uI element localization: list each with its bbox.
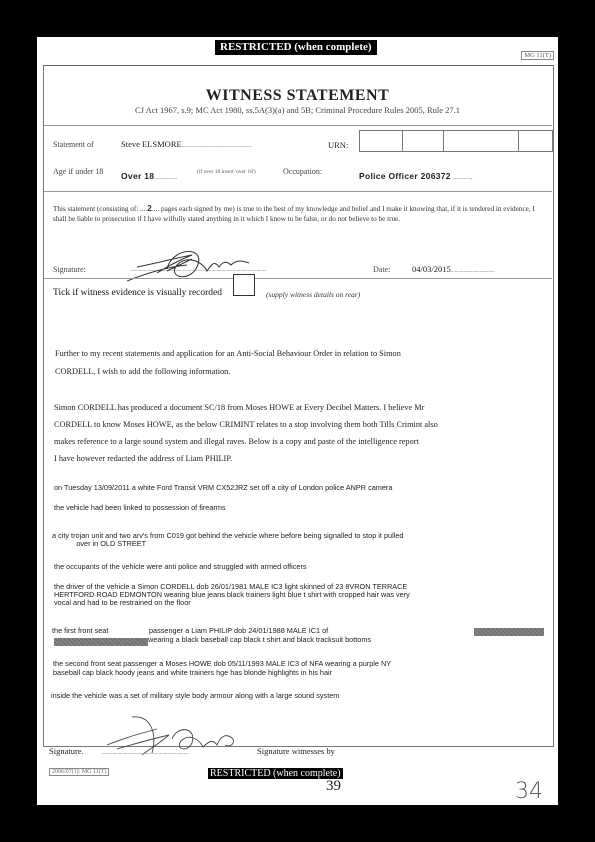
context-line-1: Simon CORDELL has produced a document SC… bbox=[54, 403, 424, 412]
divider bbox=[44, 278, 552, 279]
passenger2-line-1: the second front seat passenger a Moses … bbox=[53, 660, 391, 668]
redaction-block bbox=[54, 638, 148, 646]
date-label: Date: bbox=[373, 265, 390, 274]
context-line-2: CORDELL to know Moses HOWE, as the below… bbox=[54, 420, 438, 429]
intro-line-1: Further to my recent statements and appl… bbox=[55, 349, 401, 358]
intel-line: vocal and had to be restrained on the fl… bbox=[54, 599, 191, 607]
date-field[interactable]: 04/03/2015..............................… bbox=[412, 264, 494, 274]
signature-witnessed-by: Signature witnesses by bbox=[257, 746, 335, 756]
page-number: 39 bbox=[326, 778, 341, 795]
passenger1-part2: passenger a Liam PHILIP dob 24/01/1988 M… bbox=[149, 627, 328, 635]
visual-record-note: (supply witness details on rear) bbox=[266, 290, 360, 299]
intel-line: on Tuesday 13/09/2011 a white Ford Trans… bbox=[54, 484, 392, 492]
visual-record-checkbox[interactable] bbox=[233, 274, 255, 296]
context-line-4: I have however redacted the address of L… bbox=[54, 454, 232, 463]
passenger2-line-2: baseball cap black hoody jeans and white… bbox=[53, 669, 332, 677]
intel-line: the vehicle had been linked to possessio… bbox=[54, 504, 226, 512]
passenger1-part1: the first front seat bbox=[52, 627, 108, 635]
visual-record-label: Tick if witness evidence is visually rec… bbox=[53, 288, 222, 298]
intro-line-2: CORDELL, I wish to add the following inf… bbox=[55, 367, 230, 376]
occupation-label: Occupation: bbox=[283, 167, 322, 176]
statement-of-field[interactable]: Steve ELSMORE...........................… bbox=[121, 139, 252, 149]
form-subtitle: CJ Act 1967, s.9; MC Act 1980, ss.5A(3)(… bbox=[37, 105, 558, 115]
document-page: RESTRICTED (when complete) MG 11(T) WITN… bbox=[37, 37, 558, 805]
urn-box-2[interactable] bbox=[402, 130, 444, 152]
footer-signature-label: Signature. bbox=[49, 746, 84, 756]
form-version-code: 2006/07(1): MG 11(T) bbox=[49, 768, 109, 776]
restricted-banner-bottom: RESTRICTED (when complete) bbox=[208, 768, 343, 779]
declaration-text: This statement (consisting of: ....2....… bbox=[53, 204, 543, 224]
divider bbox=[44, 191, 552, 192]
urn-box-4[interactable] bbox=[518, 130, 553, 152]
form-code: MG 11(T) bbox=[521, 51, 554, 60]
urn-box-1[interactable] bbox=[359, 130, 403, 152]
form-title: WITNESS STATEMENT bbox=[37, 87, 558, 105]
restricted-banner-top: RESTRICTED (when complete) bbox=[215, 40, 377, 55]
intel-line: over in OLD STREET bbox=[52, 540, 146, 548]
divider bbox=[44, 125, 552, 126]
context-line-3: makes reference to a large sound system … bbox=[54, 437, 419, 446]
footer-signature-line[interactable]: ........................................… bbox=[101, 748, 189, 756]
intel-line: the occupants of the vehicle were anti p… bbox=[54, 563, 307, 571]
age-label: Age if under 18 bbox=[53, 167, 103, 176]
closing-line: inside the vehicle was a set of military… bbox=[51, 692, 339, 700]
redaction-block bbox=[474, 628, 544, 636]
handwritten-page-number: 34 bbox=[515, 779, 543, 804]
date-value: 04/03/2015 bbox=[412, 264, 451, 274]
age-value: Over 18 bbox=[121, 171, 154, 181]
age-hint: (if over 18 insert 'over 18') bbox=[197, 169, 256, 175]
urn-box-3[interactable] bbox=[443, 130, 519, 152]
witness-name: Steve ELSMORE bbox=[121, 139, 182, 149]
occupation-field[interactable]: Police Officer 206372 ..............., bbox=[359, 166, 472, 184]
signature-label: Signature: bbox=[53, 265, 86, 274]
statement-of-label: Statement of bbox=[53, 140, 94, 149]
age-field[interactable]: Over 18.................. bbox=[121, 166, 177, 184]
urn-label: URN: bbox=[328, 140, 348, 150]
occupation-value: Police Officer 206372 bbox=[359, 171, 451, 181]
passenger1-part3: wearing a black baseball cap black t shi… bbox=[148, 636, 371, 644]
